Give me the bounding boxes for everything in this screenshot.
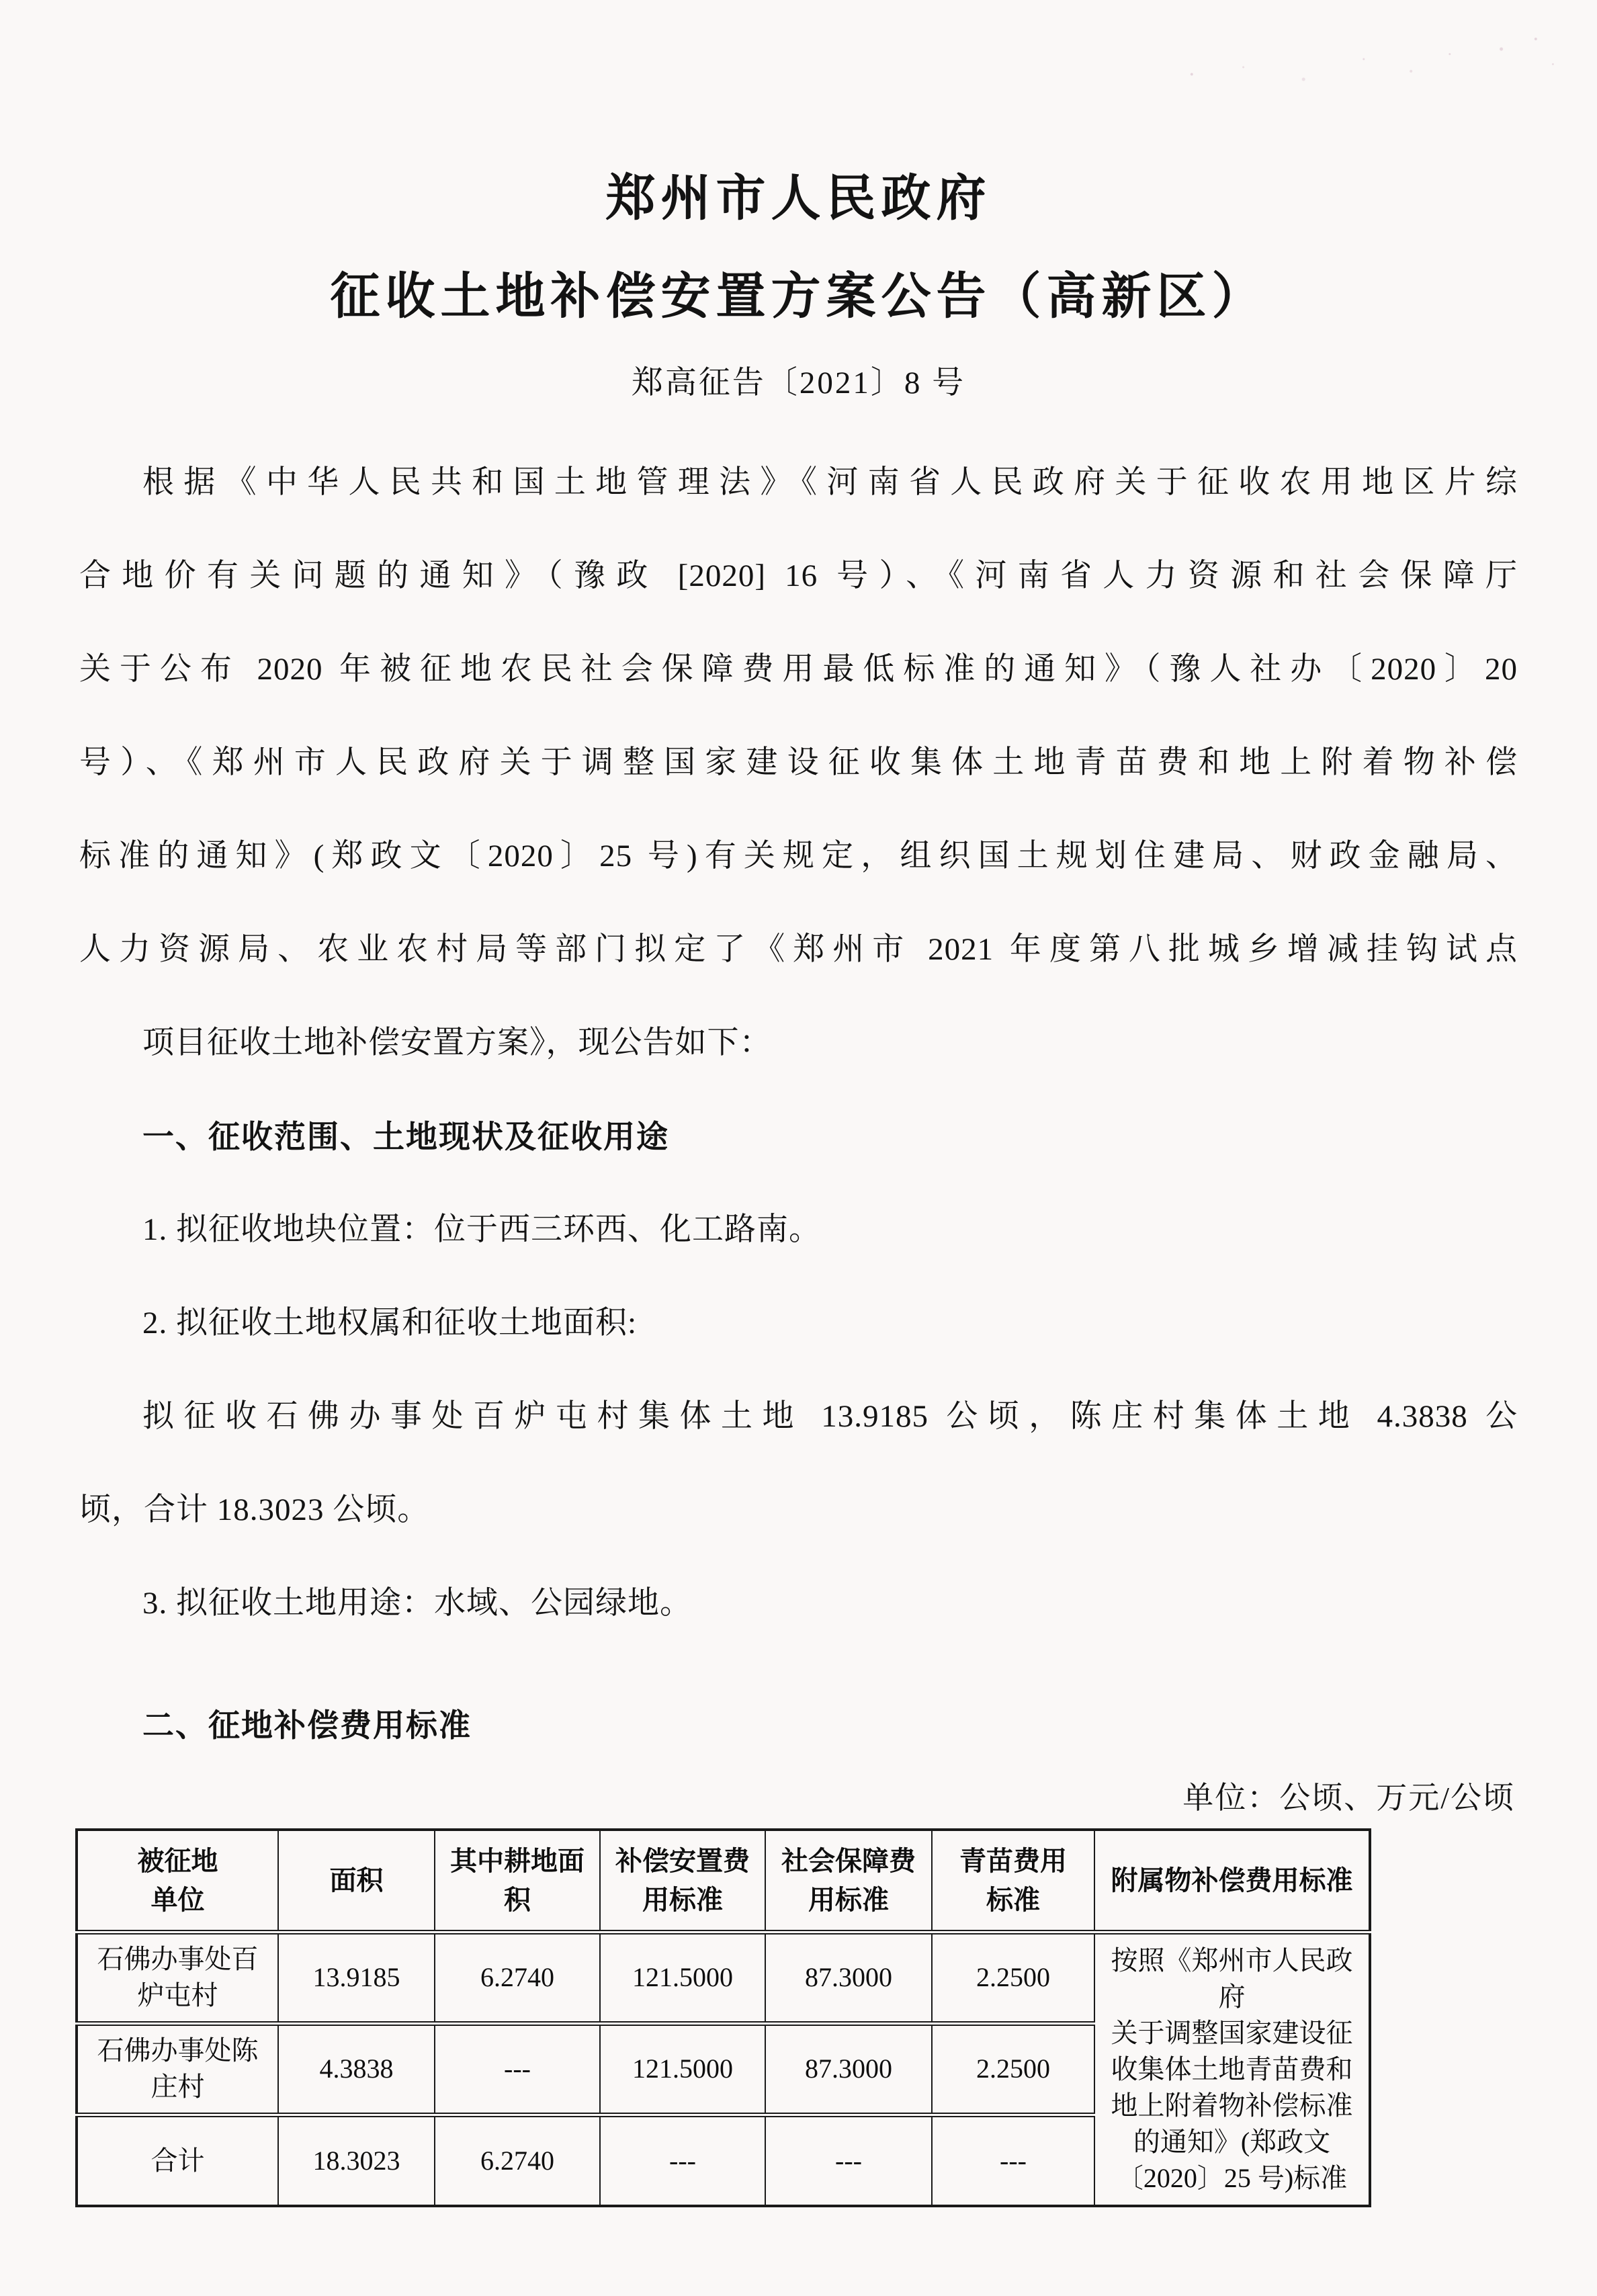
- intro-paragraph-line-1: 根据《中华人民共和国土地管理法》《河南省人民政府关于征收农用地区片综: [79, 436, 1518, 529]
- col-header-cultivated-area: 其中耕地面 积: [435, 1830, 600, 1932]
- intro-paragraph-line-6: 人力资源局、农业农村局等部门拟定了《郑州市 2021 年度第八批城乡增减挂钩试点: [79, 903, 1518, 996]
- land-area-line-2: 顷，合计 18.3023 公顷。: [79, 1463, 1518, 1557]
- col-header-social-security-fee: 社会保障费 用标准: [765, 1830, 932, 1932]
- section-1-heading: 一、征收范围、土地现状及征收用途: [79, 1090, 1518, 1183]
- table-header-row: 被征地 单位 面积 其中耕地面 积 补偿安置费 用标准 社会保障费 用标准 青苗…: [77, 1830, 1370, 1932]
- land-area-line-1: 拟征收石佛办事处百炉屯村集体土地 13.9185 公顷，陈庄村集体土地 4.38…: [79, 1370, 1518, 1463]
- cell-unit-total: 合计: [77, 2115, 278, 2206]
- document-page: 郑州市人民政府 征收土地补偿安置方案公告（高新区） 郑高征告〔2021〕8 号 …: [0, 0, 1597, 2296]
- intro-paragraph-line-4: 号）、《郑州市人民政府关于调整国家建设征收集体土地青苗费和地上附着物补偿: [79, 716, 1518, 810]
- cell-resettlement-total: ---: [600, 2115, 765, 2206]
- document-number: 郑高征告〔2021〕8 号: [79, 357, 1518, 402]
- document-subtitle: 征收土地补偿安置方案公告（高新区）: [79, 265, 1518, 329]
- cell-cultivated-chenzhuang: ---: [435, 2023, 600, 2115]
- section-2-heading: 二、征地补偿费用标准: [79, 1678, 1518, 1772]
- col-header-unit: 被征地 单位: [77, 1830, 278, 1932]
- cell-seedling-chenzhuang: 2.2500: [932, 2023, 1094, 2115]
- cell-resettlement-chenzhuang: 121.5000: [600, 2023, 765, 2115]
- col-header-seedling-fee: 青苗费用 标准: [932, 1830, 1094, 1932]
- compensation-table: 被征地 单位 面积 其中耕地面 积 补偿安置费 用标准 社会保障费 用标准 青苗…: [75, 1828, 1371, 2207]
- attachment-standard-cell: 按照《郑州市人民政府 关于调整国家建设征 收集体土地青苗费和 地上附着物补偿标准…: [1094, 1932, 1370, 2206]
- cell-social-chenzhuang: 87.3000: [765, 2023, 932, 2115]
- intro-paragraph-line-3: 关于公布 2020 年被征地农民社会保障费用最低标准的通知》（豫人社办〔2020…: [79, 623, 1518, 716]
- col-header-attachment-standard: 附属物补偿费用标准: [1094, 1830, 1370, 1932]
- item-plot-location: 1. 拟征收地块位置：位于西三环西、化工路南。: [79, 1183, 1518, 1277]
- intro-paragraph-line-5: 标准的通知》(郑政文〔2020〕25 号)有关规定，组织国土规划住建局、财政金融…: [79, 810, 1518, 903]
- table-unit-note: 单位：公顷、万元/公顷: [79, 1773, 1518, 1818]
- cell-social-bailutun: 87.3000: [765, 1932, 932, 2023]
- cell-seedling-bailutun: 2.2500: [932, 1932, 1094, 2023]
- intro-paragraph-line-2: 合地价有关问题的通知》（豫政 [2020] 16 号）、《河南省人力资源和社会保…: [79, 529, 1518, 623]
- cell-unit-bailutun: 石佛办事处百 炉屯村: [77, 1932, 278, 2023]
- table-row-bailutun: 石佛办事处百 炉屯村 13.9185 6.2740 121.5000 87.30…: [77, 1932, 1370, 2023]
- cell-social-total: ---: [765, 2115, 932, 2206]
- cell-resettlement-bailutun: 121.5000: [600, 1932, 765, 2023]
- cell-seedling-total: ---: [932, 2115, 1094, 2206]
- item-land-use: 3. 拟征收土地用途：水域、公园绿地。: [79, 1557, 1518, 1650]
- col-header-area: 面积: [278, 1830, 435, 1932]
- cell-area-total: 18.3023: [278, 2115, 435, 2206]
- document-body: 根据《中华人民共和国土地管理法》《河南省人民政府关于征收农用地区片综 合地价有关…: [79, 436, 1518, 1818]
- cell-cultivated-bailutun: 6.2740: [435, 1932, 600, 2023]
- cell-unit-chenzhuang: 石佛办事处陈 庄村: [77, 2023, 278, 2115]
- col-header-resettlement-fee: 补偿安置费 用标准: [600, 1830, 765, 1932]
- document-title: 郑州市人民政府: [79, 167, 1518, 231]
- document-content: 郑州市人民政府 征收土地补偿安置方案公告（高新区） 郑高征告〔2021〕8 号 …: [0, 0, 1597, 1818]
- item-land-ownership: 2. 拟征收土地权属和征收土地面积:: [79, 1277, 1518, 1370]
- cell-area-bailutun: 13.9185: [278, 1932, 435, 2023]
- cell-area-chenzhuang: 4.3838: [278, 2023, 435, 2115]
- cell-cultivated-total: 6.2740: [435, 2115, 600, 2206]
- intro-paragraph-line-7: 项目征收土地补偿安置方案》，现公告如下：: [79, 996, 1518, 1090]
